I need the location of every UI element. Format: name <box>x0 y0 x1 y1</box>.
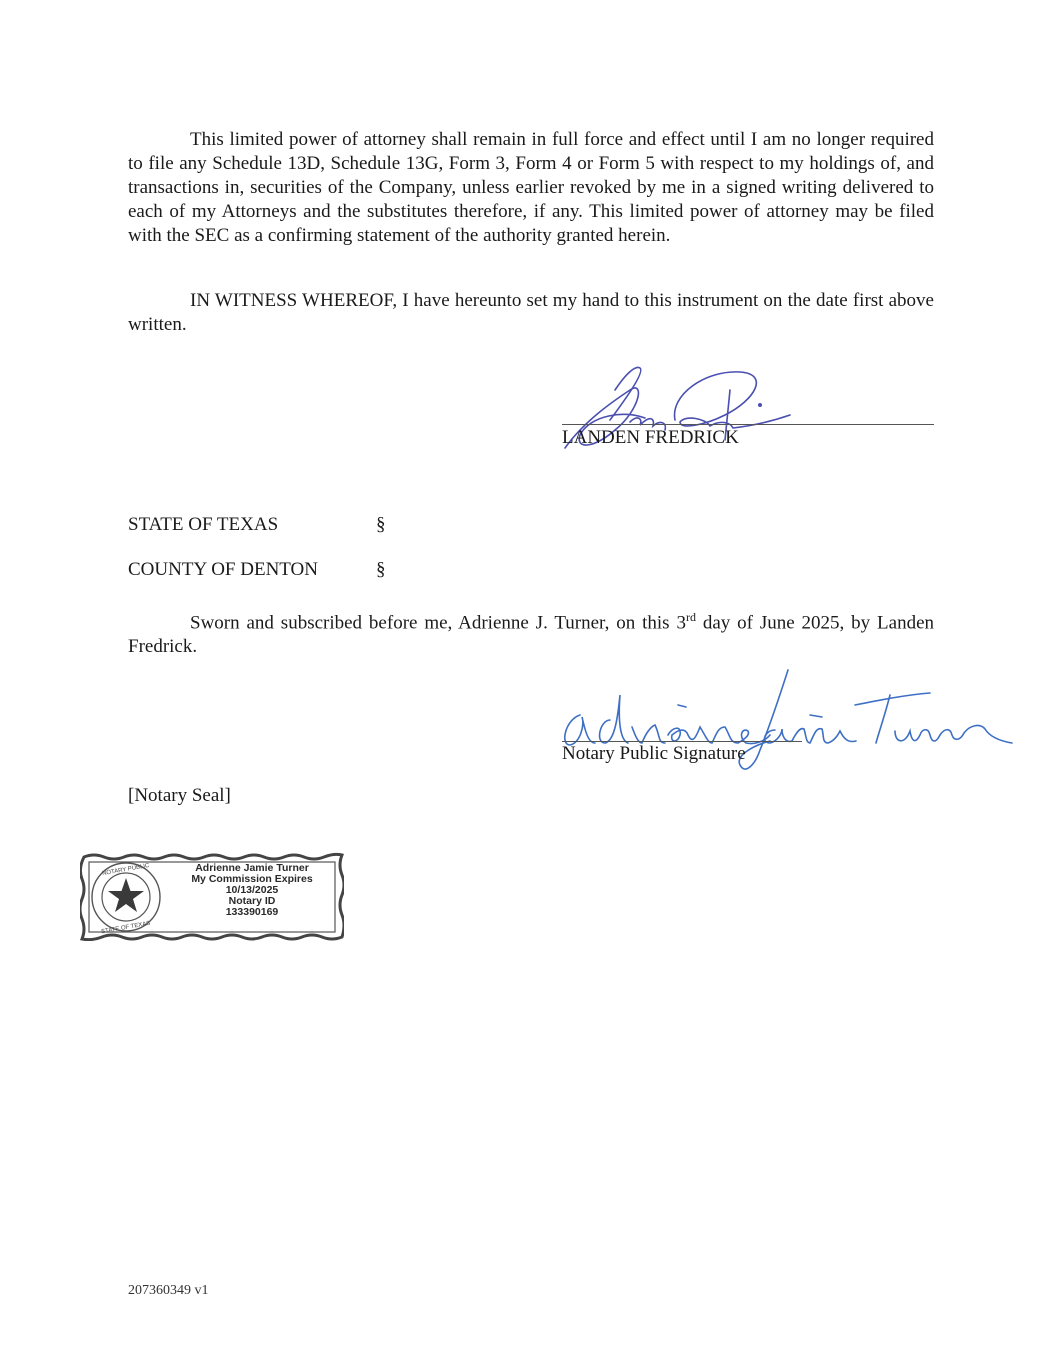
svg-text:STATE OF TEXAS: STATE OF TEXAS <box>101 921 151 936</box>
venue-county: COUNTY OF DENTON § <box>128 559 318 581</box>
notary-signature-label: Notary Public Signature <box>562 743 746 765</box>
stamp-text: Adrienne Jamie Turner My Commission Expi… <box>168 863 336 918</box>
svg-text:NOTARY PUBLIC: NOTARY PUBLIC <box>102 863 151 877</box>
notary-seal-caption: [Notary Seal] <box>128 785 231 807</box>
validity-paragraph: This limited power of attorney shall rem… <box>128 128 934 248</box>
venue-state: STATE OF TEXAS § <box>128 514 278 536</box>
document-id: 207360349 v1 <box>128 1283 209 1299</box>
notary-stamp: NOTARY PUBLIC STATE OF TEXAS Adrienne Ja… <box>80 851 344 941</box>
grantor-printed-name: LANDEN FREDRICK <box>562 427 739 449</box>
jurat-paragraph: Sworn and subscribed before me, Adrienne… <box>128 605 934 659</box>
notary-signature-line <box>562 741 802 742</box>
section-symbol: § <box>376 559 386 581</box>
witness-paragraph: IN WITNESS WHEREOF, I have hereunto set … <box>128 289 934 337</box>
section-symbol: § <box>376 514 386 536</box>
grantor-signature-line <box>562 424 934 425</box>
